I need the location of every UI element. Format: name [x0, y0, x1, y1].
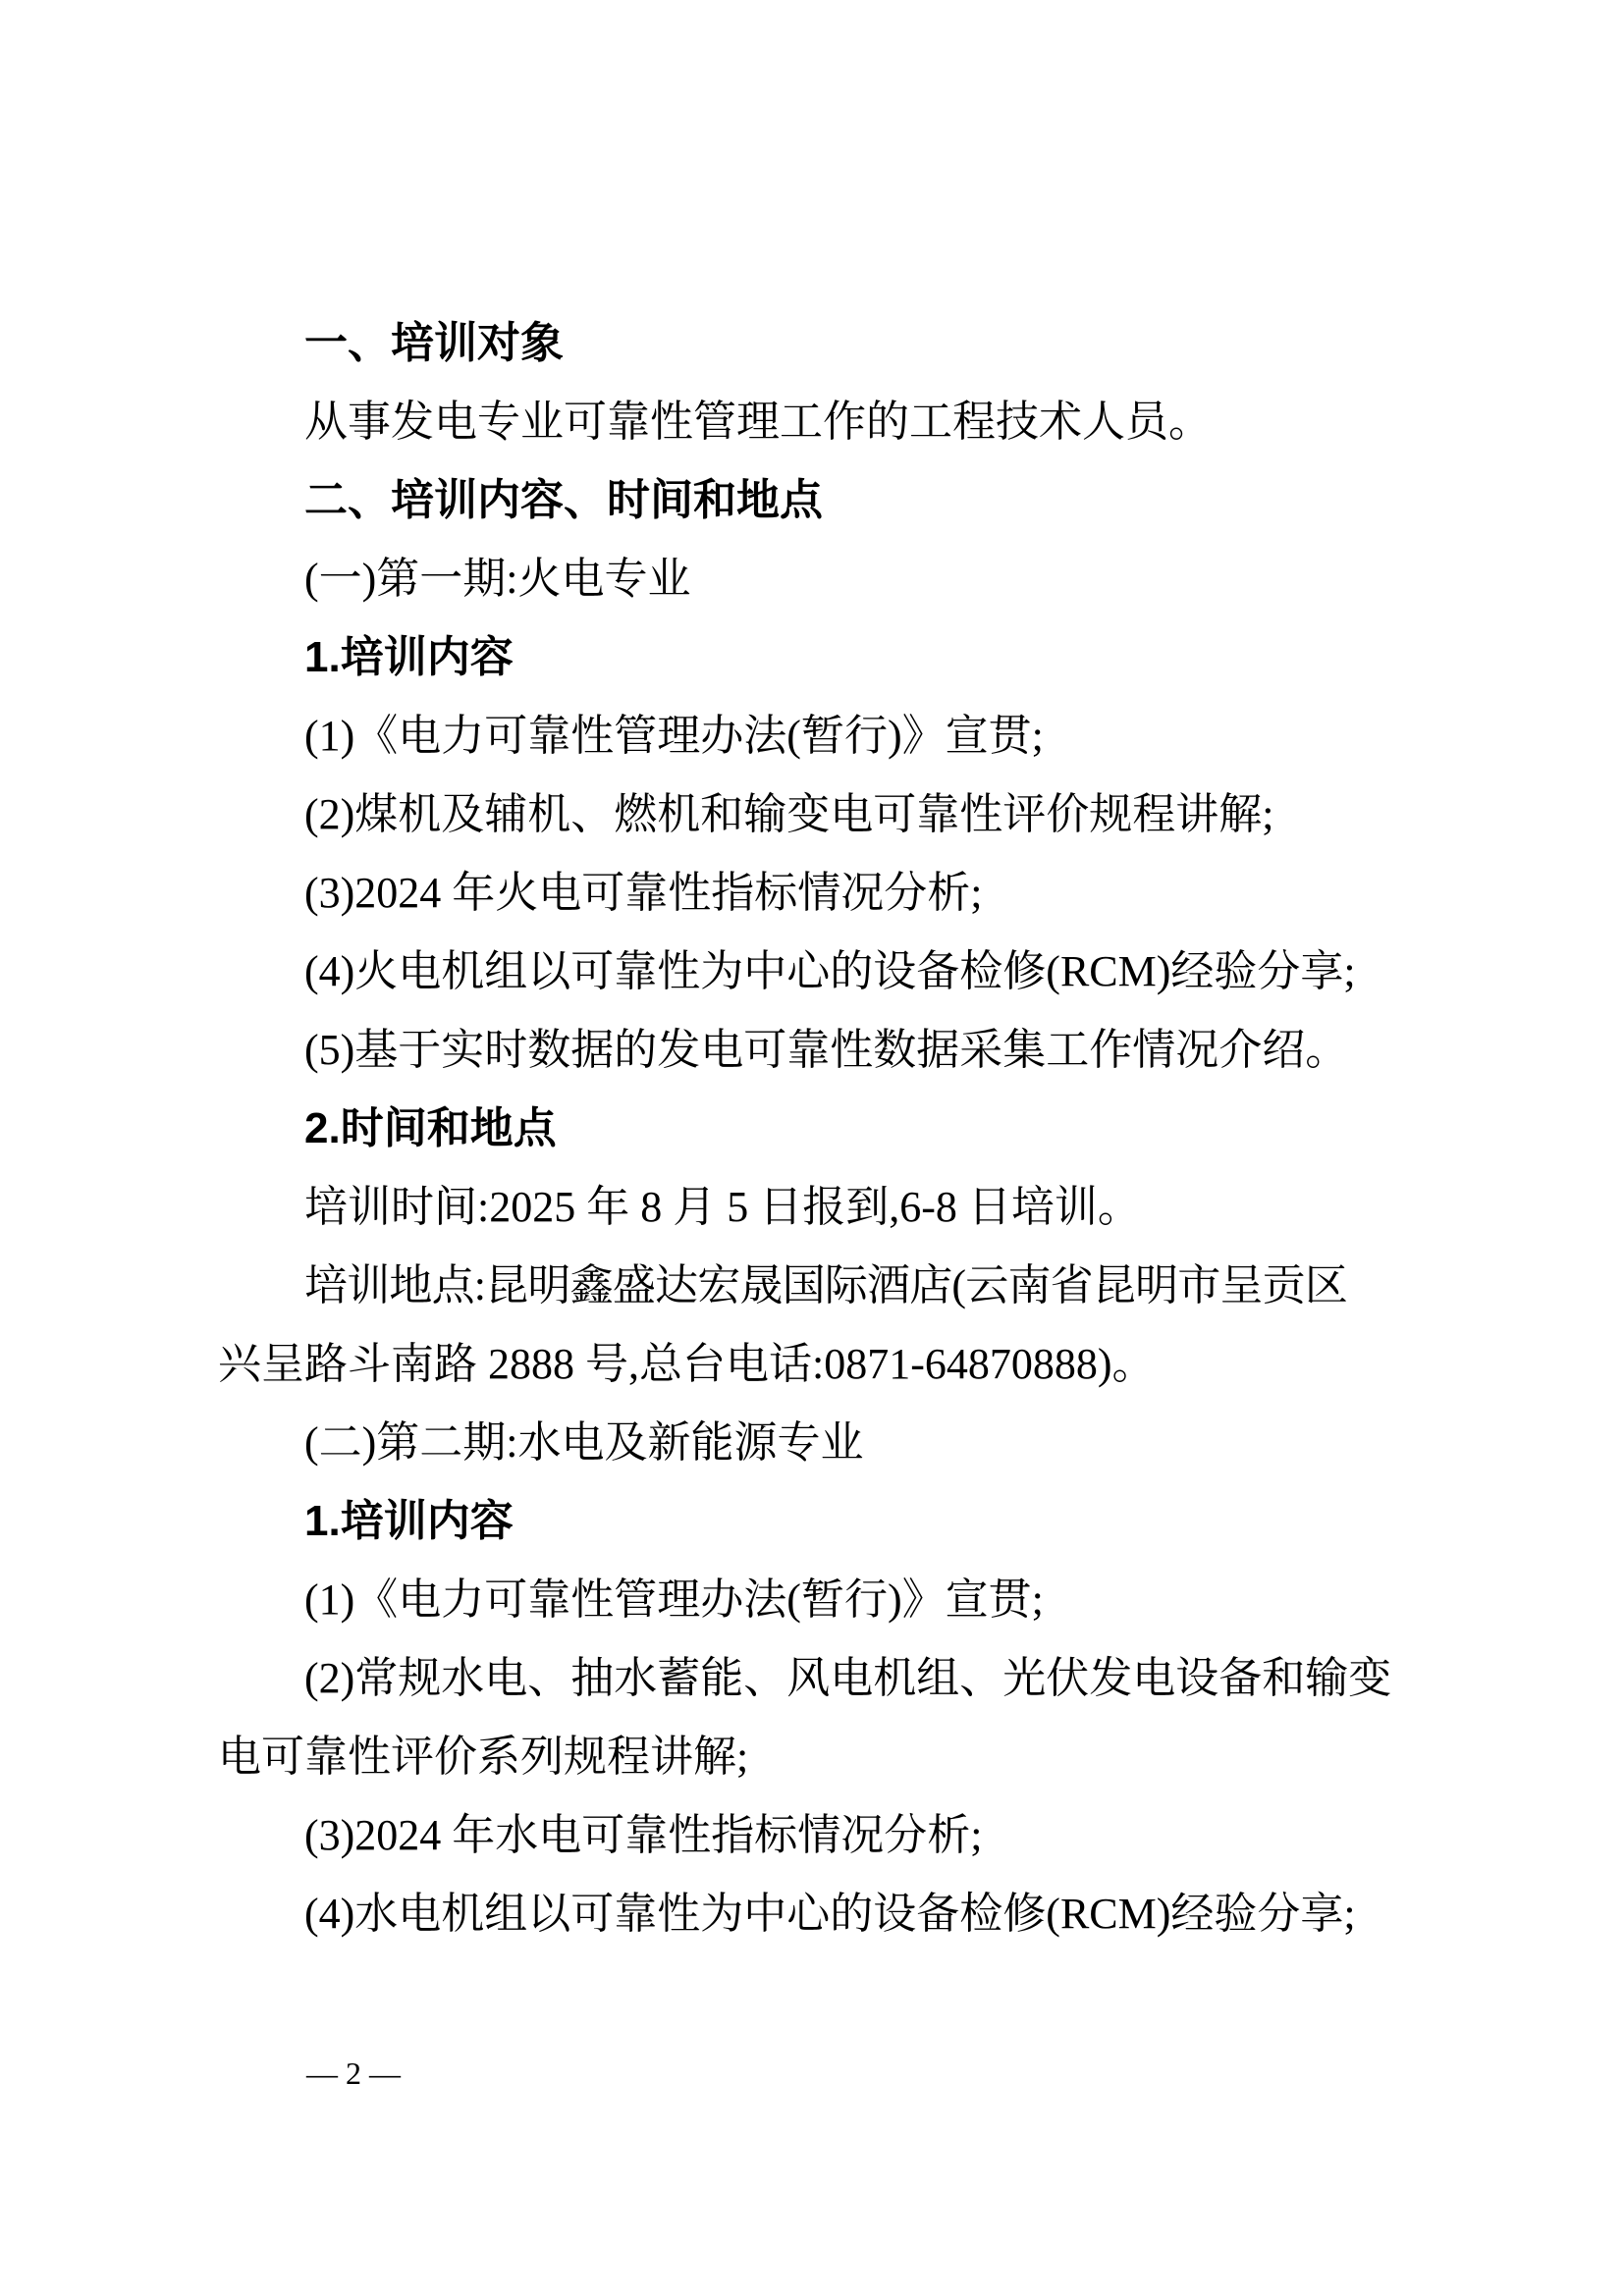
phase-1-item-4: (4)火电机组以可靠性为中心的设备检修(RCM)经验分享; [218, 933, 1409, 1011]
phase-1-content-heading: 1.培训内容 [218, 618, 1409, 697]
phase-2-content-heading: 1.培训内容 [218, 1482, 1409, 1561]
training-target-text: 从事发电专业可靠性管理工作的工程技术人员。 [218, 383, 1409, 461]
training-venue-line-2: 兴呈路斗南路 2888 号,总台电话:0871-64870888)。 [218, 1325, 1409, 1404]
phase-2-item-1: (1)《电力可靠性管理办法(暂行)》宣贯; [218, 1561, 1409, 1639]
training-venue-line-1: 培训地点:昆明鑫盛达宏晟国际酒店(云南省昆明市呈贡区 [218, 1247, 1409, 1325]
phase-2-item-3: (3)2024 年水电可靠性指标情况分析; [218, 1796, 1409, 1875]
phase-2-item-4: (4)水电机组以可靠性为中心的设备检修(RCM)经验分享; [218, 1875, 1409, 1953]
phase-1-subheading: (一)第一期:火电专业 [218, 540, 1409, 618]
document-body: 一、培训对象 从事发电专业可靠性管理工作的工程技术人员。 二、培训内容、时间和地… [218, 304, 1409, 1953]
phase-1-item-1: (1)《电力可靠性管理办法(暂行)》宣贯; [218, 697, 1409, 775]
section-1-heading: 一、培训对象 [218, 304, 1409, 383]
document-page: 一、培训对象 从事发电专业可靠性管理工作的工程技术人员。 二、培训内容、时间和地… [0, 0, 1624, 2296]
phase-1-schedule-heading: 2.时间和地点 [218, 1090, 1409, 1168]
section-2-heading: 二、培训内容、时间和地点 [218, 461, 1409, 540]
phase-2-item-2-line-1: (2)常规水电、抽水蓄能、风电机组、光伏发电设备和输变 [218, 1639, 1409, 1718]
phase-2-item-2-line-2: 电可靠性评价系列规程讲解; [218, 1718, 1409, 1796]
phase-1-item-2: (2)煤机及辅机、燃机和输变电可靠性评价规程讲解; [218, 775, 1409, 854]
page-number: — 2 — [306, 2052, 401, 2095]
phase-1-item-5: (5)基于实时数据的发电可靠性数据采集工作情况介绍。 [218, 1011, 1409, 1090]
training-time-text: 培训时间:2025 年 8 月 5 日报到,6-8 日培训。 [218, 1168, 1409, 1247]
phase-2-subheading: (二)第二期:水电及新能源专业 [218, 1404, 1409, 1482]
phase-1-item-3: (3)2024 年火电可靠性指标情况分析; [218, 854, 1409, 933]
